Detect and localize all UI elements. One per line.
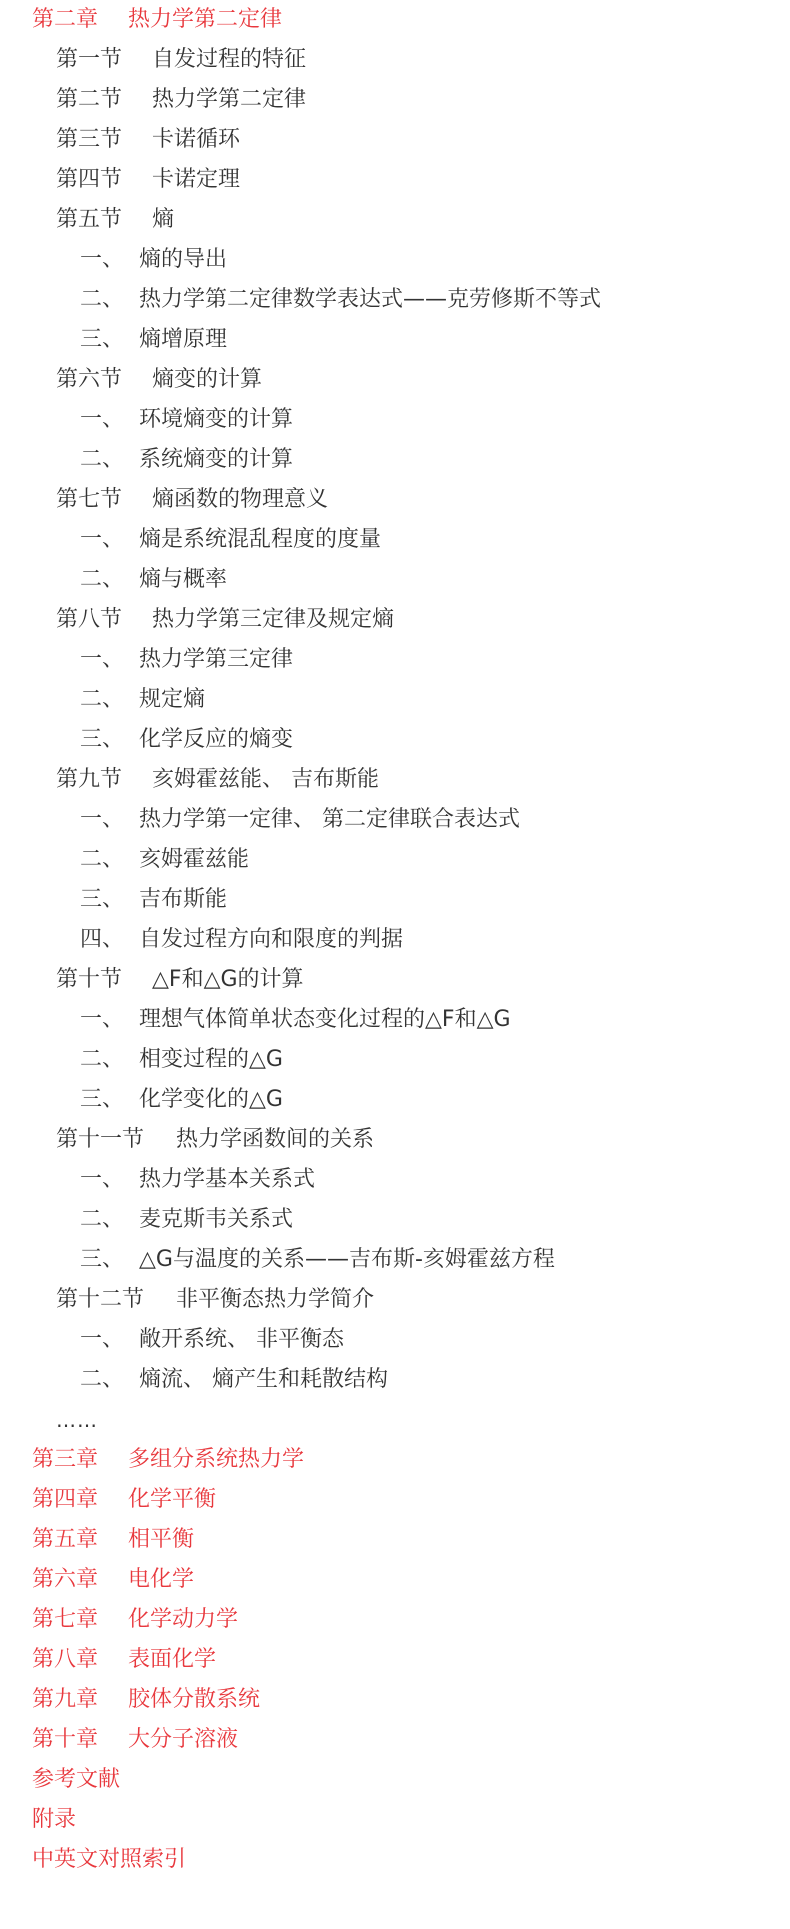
toc-item-title: △F和△G的计算 [152, 960, 304, 1000]
toc-item-title: 热力学第二定律数学表达式——克劳修斯不等式 [139, 280, 601, 320]
toc-item-number: 第十章 [32, 1720, 98, 1760]
toc-item-number: 第八节 [56, 600, 122, 640]
toc-item-title: 大分子溶液 [128, 1720, 238, 1760]
toc-item-number: 中英文对照索引 [32, 1840, 186, 1880]
toc-item-number: 第二节 [56, 80, 122, 120]
toc-item-number: 第七章 [32, 1600, 98, 1640]
toc-item-number: 第九章 [32, 1680, 98, 1720]
toc-item-title: 表面化学 [128, 1640, 216, 1680]
toc-item-number: 一、 [80, 1320, 124, 1360]
toc-item-number: 第五章 [32, 1520, 98, 1560]
toc-item-number: 第八章 [32, 1640, 98, 1680]
toc-item-title: 卡诺定理 [152, 160, 240, 200]
toc-item-number: 三、 [80, 1080, 124, 1120]
toc-item-title: 热力学函数间的关系 [176, 1120, 374, 1160]
toc-item-number: 一、 [80, 400, 124, 440]
toc-item-title: 非平衡态热力学简介 [176, 1280, 374, 1320]
toc-item-title: 热力学第二定律 [128, 0, 282, 40]
toc-item-number: 第三节 [56, 120, 122, 160]
toc-item-title: 亥姆霍兹能、 吉布斯能 [152, 760, 379, 800]
toc-item-title: 熵 [152, 200, 174, 240]
toc-item-number: 第四章 [32, 1480, 98, 1520]
toc-item-title: 环境熵变的计算 [139, 400, 293, 440]
toc-item-title: 熵的导出 [139, 240, 227, 280]
toc-item-title: 卡诺循环 [152, 120, 240, 160]
toc-item-number: 一、 [80, 520, 124, 560]
toc-item-number: …… [56, 1400, 98, 1440]
toc-item-title: 熵与概率 [139, 560, 227, 600]
toc-item-title: 亥姆霍兹能 [139, 840, 249, 880]
toc-item-number: 第七节 [56, 480, 122, 520]
toc-item-title: 熵是系统混乱程度的度量 [139, 520, 381, 560]
toc-item-number: 二、 [80, 1200, 124, 1240]
toc-item-title: 热力学第二定律 [152, 80, 306, 120]
toc-item-number: 第三章 [32, 1440, 98, 1480]
toc-item-title: 热力学基本关系式 [139, 1160, 315, 1200]
toc-item-number: 第十一节 [56, 1120, 144, 1160]
toc-item-number: 第五节 [56, 200, 122, 240]
toc-item-number: 二、 [80, 280, 124, 320]
toc-item-title: 麦克斯韦关系式 [139, 1200, 293, 1240]
toc-item-number: 附录 [32, 1800, 76, 1840]
toc-item-number: 三、 [80, 720, 124, 760]
toc-item-title: 多组分系统热力学 [128, 1440, 304, 1480]
toc-item-number: 三、 [80, 1240, 124, 1280]
toc-item-number: 一、 [80, 240, 124, 280]
toc-item-number: 第十节 [56, 960, 122, 1000]
toc-item-title: 化学动力学 [128, 1600, 238, 1640]
toc-item-title: 敞开系统、 非平衡态 [139, 1320, 344, 1360]
toc-item-title: △G与温度的关系——吉布斯-亥姆霍兹方程 [139, 1240, 555, 1280]
toc-item-title: 化学反应的熵变 [139, 720, 293, 760]
toc-item-number: 二、 [80, 560, 124, 600]
toc-item-title: 系统熵变的计算 [139, 440, 293, 480]
toc-item-number: 二、 [80, 440, 124, 480]
toc-item-title: 相变过程的△G [139, 1040, 283, 1080]
toc-item-title: 化学变化的△G [139, 1080, 283, 1120]
toc-item-title: 熵变的计算 [152, 360, 262, 400]
toc-item-title: 胶体分散系统 [128, 1680, 260, 1720]
toc-item-number: 三、 [80, 880, 124, 920]
toc-item-title: 电化学 [128, 1560, 194, 1600]
toc-item-title: 熵增原理 [139, 320, 227, 360]
toc-item-title: 规定熵 [139, 680, 205, 720]
toc-item-number: 第六章 [32, 1560, 98, 1600]
toc-item-number: 第一节 [56, 40, 122, 80]
toc-item-title: 自发过程方向和限度的判据 [139, 920, 403, 960]
toc-item-number: 第四节 [56, 160, 122, 200]
toc-item-number: 第二章 [32, 0, 98, 40]
toc-item-number: 三、 [80, 320, 124, 360]
toc-item-number: 一、 [80, 640, 124, 680]
toc-item-number: 第九节 [56, 760, 122, 800]
toc-item-title: 相平衡 [128, 1520, 194, 1560]
toc-item-title: 热力学第三定律 [139, 640, 293, 680]
toc-item-number: 二、 [80, 840, 124, 880]
toc-item-title: 热力学第三定律及规定熵 [152, 600, 394, 640]
toc-item-title: 熵流、 熵产生和耗散结构 [139, 1360, 388, 1400]
toc-item-number: 第六节 [56, 360, 122, 400]
toc-item-title: 化学平衡 [128, 1480, 216, 1520]
toc-item-number: 一、 [80, 1000, 124, 1040]
toc-item-title: 自发过程的特征 [152, 40, 306, 80]
toc-item-number: 参考文献 [32, 1760, 120, 1800]
toc-item-number: 一、 [80, 800, 124, 840]
toc-item-title: 热力学第一定律、 第二定律联合表达式 [139, 800, 520, 840]
toc-item-number: 二、 [80, 1360, 124, 1400]
toc-item-number: 二、 [80, 1040, 124, 1080]
toc-item-title: 理想气体简单状态变化过程的△F和△G [139, 1000, 511, 1040]
toc-item-number: 二、 [80, 680, 124, 720]
toc-item-number: 第十二节 [56, 1280, 144, 1320]
toc-item-title: 吉布斯能 [139, 880, 227, 920]
toc-item-title: 熵函数的物理意义 [152, 480, 328, 520]
toc-item-number: 四、 [80, 920, 124, 960]
toc-item-number: 一、 [80, 1160, 124, 1200]
